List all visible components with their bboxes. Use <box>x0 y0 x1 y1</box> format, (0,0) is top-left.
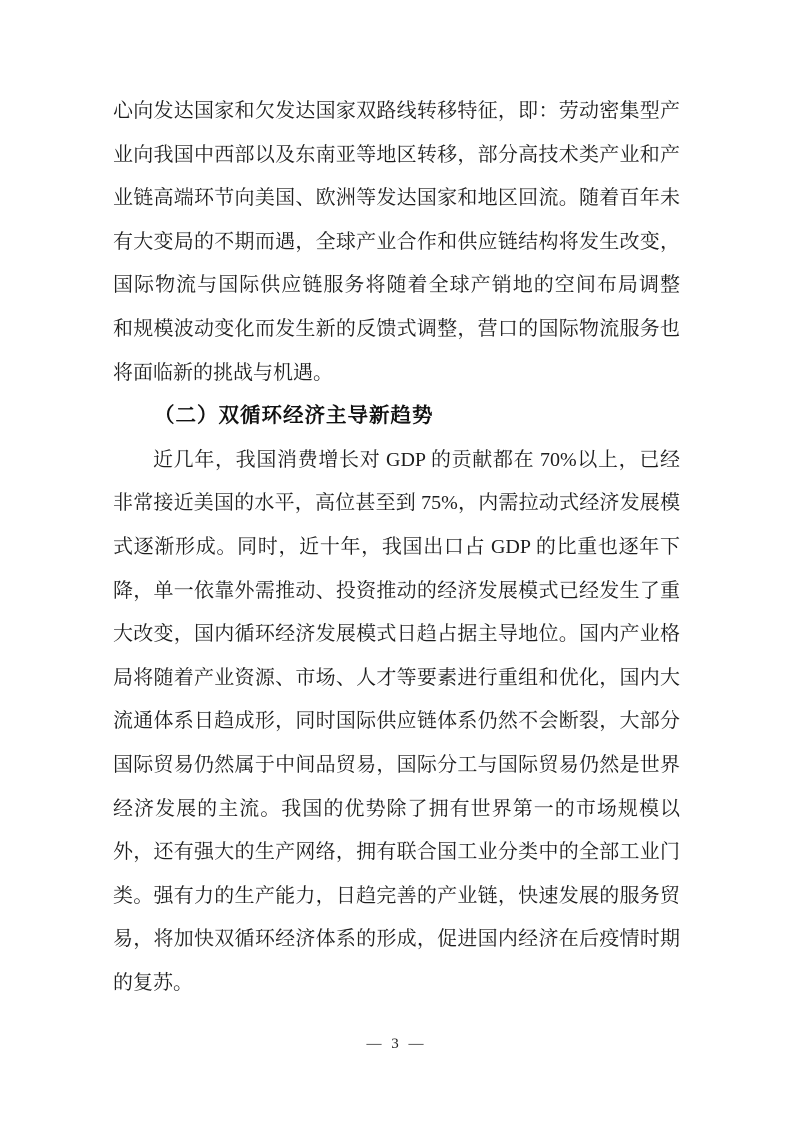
body-line: 的复苏。 <box>113 962 680 1006</box>
body-line: 国际贸易仍然属于中间品贸易，国际分工与国际贸易仍然是世界 <box>113 744 680 788</box>
body-line: 大改变，国内循环经济发展模式日趋占据主导地位。国内产业格 <box>113 613 680 657</box>
body-line: 式逐渐形成。同时，近十年，我国出口占 GDP 的比重也逐年下 <box>113 526 680 570</box>
body-line: 非常接近美国的水平，高位甚至到 75%，内需拉动式经济发展模 <box>113 482 680 526</box>
document-page: 心向发达国家和欠发达国家双路线转移特征，即：劳动密集型产 业向我国中西部以及东南… <box>0 0 793 1122</box>
page-body: 心向发达国家和欠发达国家双路线转移特征，即：劳动密集型产 业向我国中西部以及东南… <box>113 90 680 1005</box>
body-line: 外，还有强大的生产网络，拥有联合国工业分类中的全部工业门 <box>113 831 680 875</box>
body-line: 心向发达国家和欠发达国家双路线转移特征，即：劳动密集型产 <box>113 90 680 134</box>
body-line: 易，将加快双循环经济体系的形成，促进国内经济在后疫情时期 <box>113 918 680 962</box>
body-line: 降，单一依靠外需推动、投资推动的经济发展模式已经发生了重 <box>113 570 680 614</box>
body-line: 业链高端环节向美国、欧洲等发达国家和地区回流。随着百年未 <box>113 177 680 221</box>
body-line: 经济发展的主流。我国的优势除了拥有世界第一的市场规模以 <box>113 788 680 832</box>
body-line: 国际物流与国际供应链服务将随着全球产销地的空间布局调整 <box>113 264 680 308</box>
body-line: 类。强有力的生产能力，日趋完善的产业链，快速发展的服务贸 <box>113 875 680 919</box>
body-line: 业向我国中西部以及东南亚等地区转移，部分高技术类产业和产 <box>113 134 680 178</box>
body-line: 将面临新的挑战与机遇。 <box>113 352 680 396</box>
body-line: 近几年，我国消费增长对 GDP 的贡献都在 70%以上，已经 <box>113 439 680 483</box>
section-heading: （二）双循环经济主导新趋势 <box>113 395 680 439</box>
body-line: 有大变局的不期而遇，全球产业合作和供应链结构将发生改变， <box>113 221 680 265</box>
body-line: 和规模波动变化而发生新的反馈式调整，营口的国际物流服务也 <box>113 308 680 352</box>
body-line: 局将随着产业资源、市场、人才等要素进行重组和优化，国内大 <box>113 657 680 701</box>
page-number: — 3 — <box>0 1034 793 1054</box>
body-line: 流通体系日趋成形，同时国际供应链体系仍然不会断裂，大部分 <box>113 700 680 744</box>
